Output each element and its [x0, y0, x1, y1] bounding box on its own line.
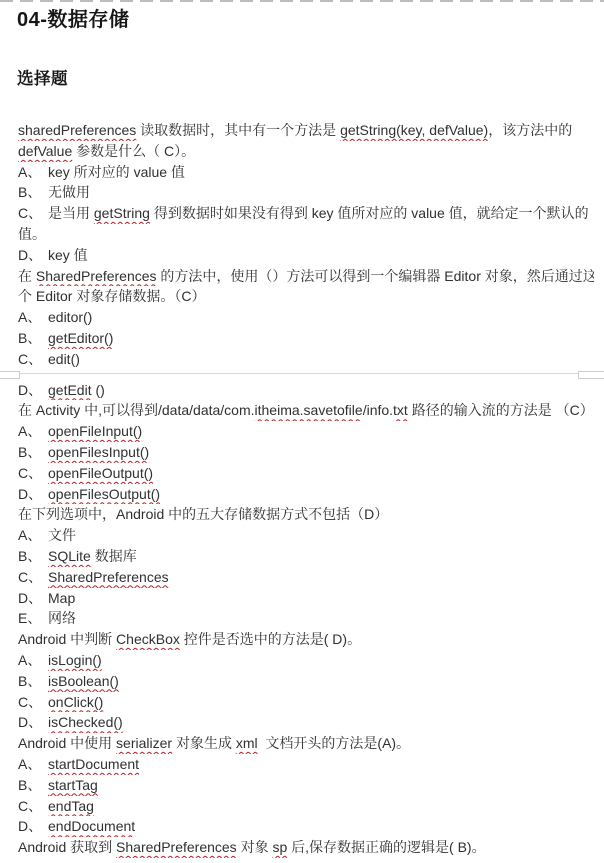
misspelled-term: getString [94, 205, 150, 221]
misspelled-term: openFileInput() [48, 423, 142, 439]
text-run: Map [48, 590, 75, 606]
text-run: key 值 [48, 247, 88, 263]
text-run: 后,保存数据正确的逻辑是( B)。 [287, 839, 485, 855]
text-run: key 所对应的 value 值 [48, 164, 185, 180]
misspelled-term: CheckBox [116, 631, 180, 647]
page-corner-right [578, 371, 604, 379]
option-letter: C、 [18, 796, 48, 817]
option-line: A、editor() [18, 307, 594, 328]
text-run: 参数是什么（ C）。 [72, 143, 195, 159]
misspelled-term: openFileOutput() [48, 465, 153, 481]
option-line: B、SQLite 数据库 [18, 546, 594, 567]
text-run: 是当用 [48, 205, 94, 221]
option-letter: C、 [18, 349, 48, 370]
misspelled-term: getString(key, defValue) [340, 122, 488, 138]
text-run: 得到数据时如果没有得到 key 值所对应的 value 值，就给定一个默认的 [150, 205, 589, 221]
option-line: C、onClick() [18, 692, 594, 713]
question-line: Android 中使用 serializer 对象生成 xml 文档开头的方法是… [18, 733, 594, 754]
text-run: Android 中使用 [18, 735, 116, 751]
option-line: D、isChecked() [18, 712, 594, 733]
option-letter: C、 [18, 203, 48, 224]
text-run: edit() [48, 351, 80, 367]
text-run: 数据库 [91, 548, 137, 564]
option-letter: A、 [18, 162, 48, 183]
option-letter: B、 [18, 775, 48, 796]
option-letter: B、 [18, 328, 48, 349]
option-letter: D、 [18, 816, 48, 837]
misspelled-term: SQLite [48, 548, 91, 564]
option-letter: A、 [18, 754, 48, 775]
page-top-boundary [0, 0, 604, 2]
option-letter: D、 [18, 588, 48, 609]
misspelled-term: serializer [116, 735, 172, 751]
misspelled-term: SharedPreferences [48, 569, 169, 585]
option-letter: C、 [18, 463, 48, 484]
option-line: C、是当用 getString 得到数据时如果没有得到 key 值所对应的 va… [18, 203, 594, 224]
option-letter: D、 [18, 484, 48, 505]
misspelled-term: itheima.savetofile [255, 402, 363, 418]
option-line: A、文件 [18, 525, 594, 546]
option-letter: B、 [18, 546, 48, 567]
option-letter: D、 [18, 245, 48, 266]
option-letter: D、 [18, 380, 48, 401]
option-line: D、key 值 [18, 245, 594, 266]
text-run: 个 Editor 对象存储数据。（C） [18, 288, 205, 304]
option-letter: C、 [18, 567, 48, 588]
misspelled-term: openFilesOutput() [48, 486, 160, 502]
page-corner-left [0, 371, 20, 379]
text-run: 文档开头的方法是(A)。 [258, 735, 410, 751]
page-break-separator [0, 370, 604, 380]
option-line: C、openFileOutput() [18, 463, 594, 484]
question-line: sharedPreferences 读取数据时，其中有一个方法是 getStri… [18, 120, 594, 141]
misspelled-term: sharedPreferences [18, 122, 136, 138]
misspelled-term: SharedPreferences [116, 839, 237, 855]
misspelled-term: isBoolean() [48, 673, 119, 689]
option-line: D、endDocument [18, 816, 594, 837]
question-line: Android 中判断 CheckBox 控件是否选中的方法是( D)。 [18, 629, 594, 650]
misspelled-term: endDocument [48, 818, 135, 834]
question-line: 在 SharedPreferences 的方法中，使用（）方法可以得到一个编辑器… [18, 266, 594, 287]
option-letter: B、 [18, 182, 48, 203]
question-line: Android 获取到 SharedPreferences 对象 sp 后,保存… [18, 837, 594, 858]
misspelled-term: getEdit [48, 382, 92, 398]
option-letter: E、 [18, 608, 48, 629]
text-run: 文件 [48, 527, 76, 543]
misspelled-term: isLogin() [48, 652, 102, 668]
option-line: B、isBoolean() [18, 671, 594, 692]
option-letter: B、 [18, 671, 48, 692]
option-line: D、getEdit () [18, 380, 594, 401]
misspelled-term: startTag [48, 777, 98, 793]
option-line: D、Map [18, 588, 594, 609]
question-line: 在 Activity 中,可以得到/data/data/com.itheima.… [18, 400, 594, 421]
text-run: 值。 [18, 226, 46, 242]
option-line: A、startDocument [18, 754, 594, 775]
text-run: 对象 [237, 839, 273, 855]
option-letter: D、 [18, 712, 48, 733]
misspelled-term: endTag [48, 798, 94, 814]
text-run: 对象生成 [172, 735, 236, 751]
text-run: editor() [48, 309, 92, 325]
option-line: B、无做用 [18, 182, 594, 203]
text-run: 在 Activity 中,可以得到/data/data/com. [18, 402, 255, 418]
page-edge-line [0, 373, 604, 374]
misspelled-term: sp [272, 839, 287, 855]
text-run: 路径的输入流的方法是 （C） [408, 402, 594, 418]
text-run: Android 获取到 [18, 839, 116, 855]
misspelled-term: isChecked() [48, 714, 123, 730]
option-line: B、getEditor() [18, 328, 594, 349]
text-run: 在 [18, 268, 36, 284]
document-page: 04-数据存储 选择题 sharedPreferences 读取数据时，其中有一… [0, 0, 604, 863]
option-letter: A、 [18, 650, 48, 671]
option-letter: A、 [18, 525, 48, 546]
document-title: 04-数据存储 [0, 0, 604, 32]
option-line: B、openFilesInput() [18, 442, 594, 463]
option-line: A、isLogin() [18, 650, 594, 671]
misspelled-term: openFilesInput() [48, 444, 149, 460]
misspelled-term: defValue [18, 143, 72, 159]
section-heading: 选择题 [0, 32, 604, 90]
text-run: () [92, 382, 105, 398]
text-run: 在下列选项中，Android 中的五大存储数据方式不包括（D） [18, 506, 388, 522]
text-run: 无做用 [48, 184, 90, 200]
option-letter: A、 [18, 307, 48, 328]
text-run: Android 中判断 [18, 631, 116, 647]
option-line: A、key 所对应的 value 值 [18, 162, 594, 183]
misspelled-term: getEditor() [48, 330, 113, 346]
text-run: /info. [363, 402, 393, 418]
option-line: C、edit() [18, 349, 594, 370]
question-list: sharedPreferences 读取数据时，其中有一个方法是 getStri… [0, 120, 604, 858]
text-run: 的方法中，使用（）方法可以得到一个编辑器 Editor 对象，然后通过这 [157, 268, 594, 284]
misspelled-term: SharedPreferences [36, 268, 157, 284]
text-run: 读取数据时，其中有一个方法是 [136, 122, 340, 138]
option-letter: B、 [18, 442, 48, 463]
question-line: 值。 [18, 224, 594, 245]
option-line: E、网络 [18, 608, 594, 629]
misspelled-term: startDocument [48, 756, 139, 772]
option-line: B、startTag [18, 775, 594, 796]
misspelled-term: onClick() [48, 694, 103, 710]
option-line: A、openFileInput() [18, 421, 594, 442]
question-line: 个 Editor 对象存储数据。（C） [18, 286, 594, 307]
option-line: C、SharedPreferences [18, 567, 594, 588]
option-line: C、endTag [18, 796, 594, 817]
question-line: defValue 参数是什么（ C）。 [18, 141, 594, 162]
option-letter: A、 [18, 421, 48, 442]
option-line: D、openFilesOutput() [18, 484, 594, 505]
misspelled-term: xml [236, 735, 258, 751]
text-run: 控件是否选中的方法是( D)。 [180, 631, 361, 647]
text-run: 网络 [48, 610, 76, 626]
option-letter: C、 [18, 692, 48, 713]
question-line: 在下列选项中，Android 中的五大存储数据方式不包括（D） [18, 504, 594, 525]
text-run: ，该方法中的 [488, 122, 572, 138]
misspelled-term: txt [393, 402, 408, 418]
